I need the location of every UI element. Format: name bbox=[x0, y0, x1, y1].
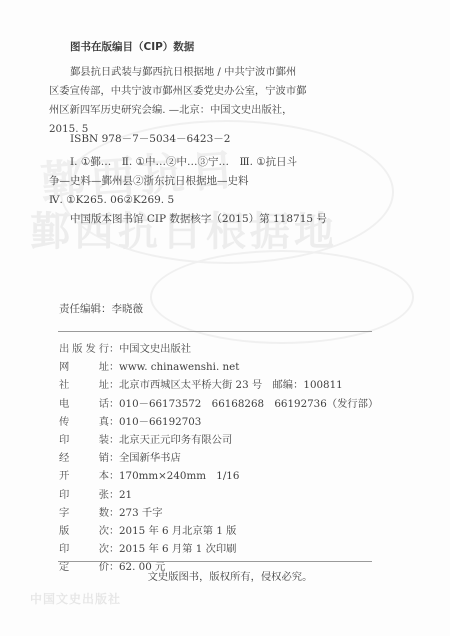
info-row: 传真：010－66192703 bbox=[59, 413, 378, 431]
info-label-char: 址 bbox=[99, 358, 109, 376]
info-value: 中国文史出版社 bbox=[119, 340, 191, 358]
isbn: ISBN 978－7－5034－6423－2 bbox=[70, 130, 230, 148]
publication-info: 出版发行：中国文史出版社网址：www. chinawenshi. net社址：北… bbox=[59, 340, 378, 576]
cip-verification-number: 中国版本图书馆 CIP 数据核字（2015）第 118715 号 bbox=[70, 210, 327, 228]
watermark-publisher: 中国文史出版社 bbox=[30, 590, 121, 607]
info-value: 010－66173572 66168268 66192736（发行部） bbox=[119, 395, 378, 413]
watermark-swirl bbox=[150, 250, 414, 344]
info-value: 010－66192703 bbox=[119, 413, 201, 431]
cip-heading: 图书在版编目（CIP）数据 bbox=[70, 38, 194, 56]
classification-line: Ⅳ. ①K265. 06②K269. 5 bbox=[49, 191, 324, 210]
info-value: www. chinawenshi. net bbox=[119, 358, 239, 376]
info-value: 21 bbox=[119, 486, 132, 504]
info-row: 字数：273 千字 bbox=[59, 504, 378, 522]
copyright-page: 鄞西抗日 鄞西抗日根据地 中国文史出版社 图书在版编目（CIP）数据 鄞县抗日武… bbox=[0, 0, 450, 636]
info-label-char: 次 bbox=[99, 522, 109, 540]
cip-classification: Ⅰ. ①鄞… Ⅱ. ①中…②中…③宁… Ⅲ. ①抗日斗 争—史料—鄞州县②浙东抗… bbox=[49, 153, 324, 210]
info-label-char: 销 bbox=[99, 449, 109, 467]
info-separator: ： bbox=[109, 522, 119, 540]
info-label-char: 数 bbox=[99, 504, 109, 522]
info-separator: ： bbox=[109, 358, 119, 376]
info-label: 印次 bbox=[59, 540, 109, 558]
info-row: 印张：21 bbox=[59, 486, 378, 504]
info-value: 北京天正元印务有限公司 bbox=[119, 431, 232, 449]
info-value: 全国新华书店 bbox=[119, 449, 181, 467]
info-label: 传真 bbox=[59, 413, 109, 431]
info-row: 社址：北京市西城区太平桥大街 23 号 邮编：100811 bbox=[59, 376, 378, 394]
cip-entry-line: 州区新四军历史研究会编. —北京：中国文史出版社， bbox=[49, 101, 319, 120]
responsible-editor: 责任编辑：李晓薇 bbox=[59, 300, 143, 318]
info-label-char: 版 bbox=[72, 340, 82, 358]
info-separator: ： bbox=[109, 413, 119, 431]
info-value: 170mm×240mm 1/16 bbox=[119, 467, 239, 485]
info-row: 网址：www. chinawenshi. net bbox=[59, 358, 378, 376]
info-label-char: 址 bbox=[99, 376, 109, 394]
editor-name: 李晓薇 bbox=[112, 303, 144, 315]
top-divider bbox=[58, 331, 372, 332]
info-label-char: 次 bbox=[99, 540, 109, 558]
editor-label: 责任编辑： bbox=[59, 303, 112, 315]
info-label-char: 印 bbox=[59, 540, 69, 558]
info-label-char: 开 bbox=[59, 467, 69, 485]
info-label: 版次 bbox=[59, 522, 109, 540]
info-label: 出版发行 bbox=[59, 340, 109, 358]
cip-entry-line: 区委宣传部，中共宁波市鄞州区委党史办公室，宁波市鄞 bbox=[49, 82, 319, 101]
info-separator: ： bbox=[109, 467, 119, 485]
info-label-char: 印 bbox=[59, 486, 69, 504]
info-separator: ： bbox=[109, 376, 119, 394]
info-label-char: 传 bbox=[59, 413, 69, 431]
info-row: 出版发行：中国文史出版社 bbox=[59, 340, 378, 358]
info-label-char: 发 bbox=[85, 340, 95, 358]
info-label-char: 社 bbox=[59, 376, 69, 394]
info-label-char: 电 bbox=[59, 395, 69, 413]
info-label-char: 经 bbox=[59, 449, 69, 467]
info-row: 印装：北京天正元印务有限公司 bbox=[59, 431, 378, 449]
info-label: 社址 bbox=[59, 376, 109, 394]
info-label: 开本 bbox=[59, 467, 109, 485]
info-label-char: 印 bbox=[59, 431, 69, 449]
info-value: 2015 年 6 月第 1 次印刷 bbox=[119, 540, 236, 558]
info-row: 印次：2015 年 6 月第 1 次印刷 bbox=[59, 540, 378, 558]
cip-entry: 鄞县抗日武装与鄞西抗日根据地 / 中共宁波市鄞州 区委宣传部，中共宁波市鄞州区委… bbox=[49, 63, 319, 139]
bottom-divider bbox=[58, 561, 372, 562]
info-row: 开本：170mm×240mm 1/16 bbox=[59, 467, 378, 485]
info-label: 字数 bbox=[59, 504, 109, 522]
info-label-char: 版 bbox=[59, 522, 69, 540]
info-label-char: 字 bbox=[59, 504, 69, 522]
info-separator: ： bbox=[109, 486, 119, 504]
info-separator: ： bbox=[109, 340, 119, 358]
info-row: 电话：010－66173572 66168268 66192736（发行部） bbox=[59, 395, 378, 413]
info-value: 273 千字 bbox=[119, 504, 163, 522]
info-separator: ： bbox=[109, 504, 119, 522]
copyright-notice: 文史版图书，版权所有，侵权必究。 bbox=[0, 568, 450, 586]
info-label: 印装 bbox=[59, 431, 109, 449]
info-label: 电话 bbox=[59, 395, 109, 413]
classification-line: 争—史料—鄞州县②浙东抗日根据地—史料 bbox=[49, 172, 324, 191]
info-label-char: 真 bbox=[99, 413, 109, 431]
info-value: 北京市西城区太平桥大街 23 号 邮编：100811 bbox=[119, 376, 343, 394]
info-row: 版次：2015 年 6 月北京第 1 版 bbox=[59, 522, 378, 540]
info-label-char: 出 bbox=[59, 340, 69, 358]
cip-entry-line: 鄞县抗日武装与鄞西抗日根据地 / 中共宁波市鄞州 bbox=[49, 63, 319, 82]
info-label-char: 网 bbox=[59, 358, 69, 376]
info-label: 经销 bbox=[59, 449, 109, 467]
info-separator: ： bbox=[109, 540, 119, 558]
info-label-char: 张 bbox=[99, 486, 109, 504]
info-value: 2015 年 6 月北京第 1 版 bbox=[119, 522, 236, 540]
info-separator: ： bbox=[109, 395, 119, 413]
info-separator: ： bbox=[109, 431, 119, 449]
info-label: 网址 bbox=[59, 358, 109, 376]
info-label-char: 本 bbox=[99, 467, 109, 485]
classification-line: Ⅰ. ①鄞… Ⅱ. ①中…②中…③宁… Ⅲ. ①抗日斗 bbox=[49, 153, 324, 172]
info-label-char: 话 bbox=[99, 395, 109, 413]
info-label-char: 行 bbox=[99, 340, 109, 358]
info-label: 印张 bbox=[59, 486, 109, 504]
info-label-char: 装 bbox=[99, 431, 109, 449]
info-row: 经销：全国新华书店 bbox=[59, 449, 378, 467]
info-separator: ： bbox=[109, 449, 119, 467]
